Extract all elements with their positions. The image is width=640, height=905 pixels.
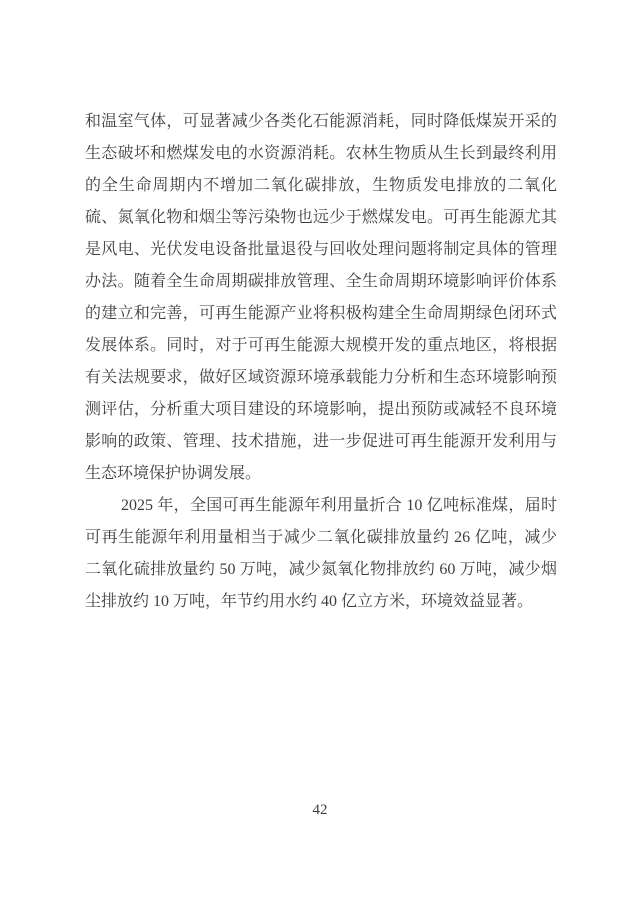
document-page: 和温室气体，可显著减少各类化石能源消耗，同时降低煤炭开采的 生态破坏和燃煤发电的…	[0, 0, 640, 905]
text-line: 办法。随着全生命周期碳排放管理、全生命周期环境影响评价体系	[85, 266, 557, 298]
text-line: 二氧化硫排放量约 50 万吨，减少氮氧化物排放约 60 万吨，减少烟	[85, 554, 557, 586]
text-line: 是风电、光伏发电设备批量退役与回收处理问题将制定具体的管理	[85, 234, 557, 266]
text-line: 尘排放约 10 万吨，年节约用水约 40 亿立方米，环境效益显著。	[85, 586, 557, 618]
text-line: 的建立和完善，可再生能源产业将积极构建全生命周期绿色闭环式	[85, 298, 557, 330]
text-line: 生态破坏和燃煤发电的水资源消耗。农林生物质从生长到最终利用	[85, 138, 557, 170]
text-line: 测评估，分析重大项目建设的环境影响，提出预防或减轻不良环境	[85, 394, 557, 426]
text-line: 可再生能源年利用量相当于减少二氧化碳排放量约 26 亿吨，减少	[85, 522, 557, 554]
text-line: 2025 年，全国可再生能源年利用量折合 10 亿吨标准煤，届时	[85, 490, 557, 522]
text-line: 的全生命周期内不增加二氧化碳排放，生物质发电排放的二氧化	[85, 170, 557, 202]
text-line: 有关法规要求，做好区域资源环境承载能力分析和生态环境影响预	[85, 362, 557, 394]
text-line: 和温室气体，可显著减少各类化石能源消耗，同时降低煤炭开采的	[85, 106, 557, 138]
text-line: 硫、氮氧化物和烟尘等污染物也远少于燃煤发电。可再生能源尤其	[85, 202, 557, 234]
text-line: 影响的政策、管理、技术措施，进一步促进可再生能源开发利用与	[85, 426, 557, 458]
text-line: 发展体系。同时，对于可再生能源大规模开发的重点地区，将根据	[85, 330, 557, 362]
text-line: 生态环境保护协调发展。	[85, 458, 557, 490]
page-number: 42	[0, 798, 640, 822]
body-text: 和温室气体，可显著减少各类化石能源消耗，同时降低煤炭开采的 生态破坏和燃煤发电的…	[85, 106, 557, 618]
